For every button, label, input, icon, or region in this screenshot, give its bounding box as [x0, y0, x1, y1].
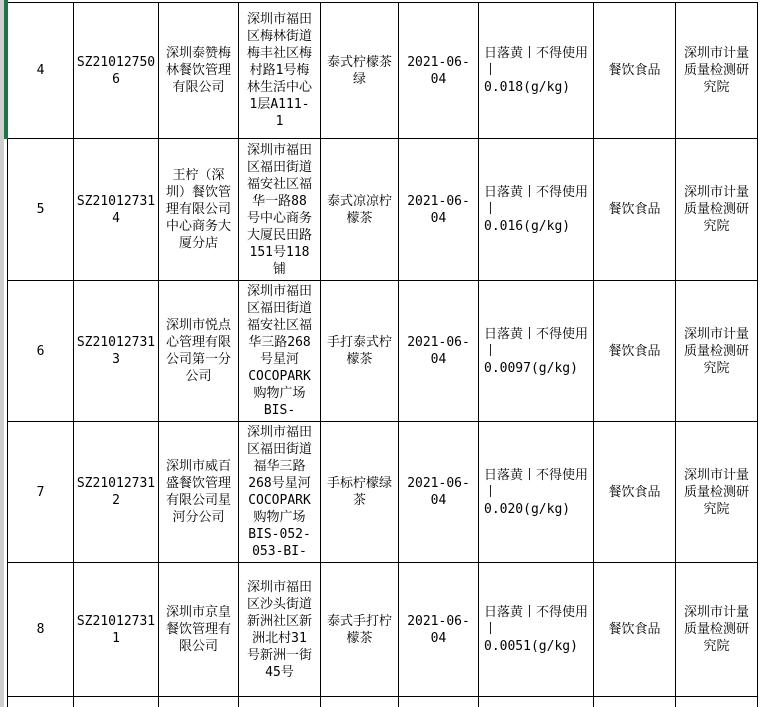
cell-date[interactable]: 2021-06-04	[399, 563, 479, 697]
cell-row-number-text: 7	[12, 484, 69, 501]
cell-sample-name-text: 手打泰式柠檬茶	[326, 334, 393, 368]
cell-report-id-text: SZ210127506	[76, 54, 156, 88]
cell-agency[interactable]: 深圳市计量质量检测研究院	[676, 563, 758, 697]
cell-report-id[interactable]: SZ210127312	[74, 422, 159, 563]
cell-violation-text: 日落黄丨不得使用丨 0.0051(g/kg)	[484, 604, 588, 655]
cell-category[interactable]: 餐饮食品	[594, 281, 676, 422]
cell-agency-text: 深圳市计量质量检测研究院	[682, 604, 751, 655]
cell-sample-name[interactable]: 手标柠檬绿茶	[321, 422, 399, 563]
cell-agency[interactable]: 深圳市计量质量检测研究院	[676, 281, 758, 422]
cell-date[interactable]: 2021-06-04	[399, 139, 479, 281]
cell-violation-text: 日落黄丨不得使用丨 0.0097(g/kg)	[484, 326, 588, 377]
cell-company-text: 深圳市悦点心管理有限公司第一分公司	[164, 317, 233, 385]
cell-sample-name-empty[interactable]	[321, 697, 399, 707]
cell-category-text: 餐饮食品	[599, 621, 670, 638]
cell-date-text: 2021-06-04	[404, 334, 473, 368]
cell-row-number[interactable]: 4	[8, 3, 74, 139]
cell-sample-name-text: 手标柠檬绿茶	[326, 475, 393, 509]
cell-address[interactable]: 深圳市福田区福田街道福华三路268号星河COCOPARK购物广场BIS-052-…	[239, 422, 321, 563]
cell-company[interactable]: 深圳泰赞梅林餐饮管理有限公司	[159, 3, 239, 139]
cell-date-text: 2021-06-04	[404, 54, 473, 88]
spreadsheet-viewport: 4SZ210127506深圳泰赞梅林餐饮管理有限公司深圳市福田区梅林街道梅丰社区…	[0, 0, 764, 707]
results-table: 4SZ210127506深圳泰赞梅林餐饮管理有限公司深圳市福田区梅林街道梅丰社区…	[7, 2, 758, 707]
cell-company[interactable]: 深圳市京皇餐饮管理有限公司	[159, 563, 239, 697]
cell-row-number[interactable]: 8	[8, 563, 74, 697]
cell-address-text: 深圳市福田区福田街道福华三路268号星河COCOPARK购物广场BIS-052-…	[246, 424, 313, 560]
cell-report-id-text: SZ210127314	[76, 193, 156, 227]
cell-report-id[interactable]: SZ210127506	[74, 3, 159, 139]
cell-report-id[interactable]: SZ210127311	[74, 563, 159, 697]
cell-company-empty[interactable]	[159, 697, 239, 707]
cell-sample-name[interactable]: 泰式凉凉柠檬茶	[321, 139, 399, 281]
table-row: 5SZ210127314王柠（深圳）餐饮管理有限公司中心商务大厦分店深圳市福田区…	[8, 139, 758, 281]
cell-category[interactable]: 餐饮食品	[594, 563, 676, 697]
cell-report-id-text: SZ210127313	[76, 334, 156, 368]
cell-sample-name-text: 泰式柠檬茶绿	[326, 54, 393, 88]
cell-company-text: 深圳市京皇餐饮管理有限公司	[164, 604, 233, 655]
cell-row-number-text: 5	[12, 201, 69, 218]
cell-date[interactable]: 2021-06-04	[399, 281, 479, 422]
cell-row-number-text: 8	[12, 621, 69, 638]
cell-sample-name[interactable]: 手打泰式柠檬茶	[321, 281, 399, 422]
cell-row-number-text: 4	[12, 62, 69, 79]
cell-row-number[interactable]: 5	[8, 139, 74, 281]
cell-date-text: 2021-06-04	[404, 193, 473, 227]
cell-address[interactable]: 深圳市福田区福田街道福安社区福华一路88号中心商务大厦民田路151号118铺	[239, 139, 321, 281]
cell-company[interactable]: 深圳市威百盛餐饮管理有限公司星河分公司	[159, 422, 239, 563]
cell-category-text: 餐饮食品	[599, 62, 670, 79]
cell-agency[interactable]: 深圳市计量质量检测研究院	[676, 3, 758, 139]
cell-category-empty[interactable]	[594, 697, 676, 707]
cell-company[interactable]: 深圳市悦点心管理有限公司第一分公司	[159, 281, 239, 422]
cell-category-text: 餐饮食品	[599, 484, 670, 501]
cell-address-text: 深圳市福田区沙头街道新洲社区新洲北村31号新洲一街45号	[246, 579, 313, 681]
cell-violation-empty[interactable]	[479, 697, 594, 707]
cell-sample-name-text: 泰式凉凉柠檬茶	[326, 193, 393, 227]
cell-violation[interactable]: 日落黄丨不得使用丨 0.0051(g/kg)	[479, 563, 594, 697]
cell-agency-text: 深圳市计量质量检测研究院	[682, 184, 751, 235]
cell-report-id[interactable]: SZ210127314	[74, 139, 159, 281]
cell-sample-name[interactable]: 泰式柠檬茶绿	[321, 3, 399, 139]
cell-agency-text: 深圳市计量质量检测研究院	[682, 467, 751, 518]
cell-sample-name[interactable]: 泰式手打柠檬茶	[321, 563, 399, 697]
cell-agency-text: 深圳市计量质量检测研究院	[682, 45, 751, 96]
cell-violation[interactable]: 日落黄丨不得使用丨 0.018(g/kg)	[479, 3, 594, 139]
cell-date[interactable]: 2021-06-04	[399, 3, 479, 139]
table-row-partial	[8, 697, 758, 707]
cell-report-id-empty[interactable]	[74, 697, 159, 707]
cell-address[interactable]: 深圳市福田区福田街道福安社区福华三路268号星河COCOPARK购物广场BIS-	[239, 281, 321, 422]
cell-company-text: 王柠（深圳）餐饮管理有限公司中心商务大厦分店	[164, 167, 233, 252]
cell-violation[interactable]: 日落黄丨不得使用丨 0.016(g/kg)	[479, 139, 594, 281]
table-row: 4SZ210127506深圳泰赞梅林餐饮管理有限公司深圳市福田区梅林街道梅丰社区…	[8, 3, 758, 139]
cell-date-text: 2021-06-04	[404, 613, 473, 647]
table-row: 8SZ210127311深圳市京皇餐饮管理有限公司深圳市福田区沙头街道新洲社区新…	[8, 563, 758, 697]
cell-category[interactable]: 餐饮食品	[594, 422, 676, 563]
cell-agency[interactable]: 深圳市计量质量检测研究院	[676, 139, 758, 281]
cell-category[interactable]: 餐饮食品	[594, 139, 676, 281]
cell-address[interactable]: 深圳市福田区沙头街道新洲社区新洲北村31号新洲一街45号	[239, 563, 321, 697]
cell-violation[interactable]: 日落黄丨不得使用丨 0.020(g/kg)	[479, 422, 594, 563]
cell-date-empty[interactable]	[399, 697, 479, 707]
cell-date[interactable]: 2021-06-04	[399, 422, 479, 563]
cell-category[interactable]: 餐饮食品	[594, 3, 676, 139]
table-row: 6SZ210127313深圳市悦点心管理有限公司第一分公司深圳市福田区福田街道福…	[8, 281, 758, 422]
cell-report-id[interactable]: SZ210127313	[74, 281, 159, 422]
cell-report-id-text: SZ210127311	[76, 613, 156, 647]
cell-agency-empty[interactable]	[676, 697, 758, 707]
cell-category-text: 餐饮食品	[599, 343, 670, 360]
cell-sample-name-text: 泰式手打柠檬茶	[326, 613, 393, 647]
cell-agency-text: 深圳市计量质量检测研究院	[682, 326, 751, 377]
cell-address[interactable]: 深圳市福田区梅林街道梅丰社区梅村路1号梅林生活中心1层A111-1	[239, 3, 321, 139]
cell-row-number-text: 6	[12, 343, 69, 360]
cell-violation-text: 日落黄丨不得使用丨 0.016(g/kg)	[484, 184, 588, 235]
cell-row-number[interactable]: 7	[8, 422, 74, 563]
cell-company[interactable]: 王柠（深圳）餐饮管理有限公司中心商务大厦分店	[159, 139, 239, 281]
table-row: 7SZ210127312深圳市威百盛餐饮管理有限公司星河分公司深圳市福田区福田街…	[8, 422, 758, 563]
cell-violation[interactable]: 日落黄丨不得使用丨 0.0097(g/kg)	[479, 281, 594, 422]
cell-address-empty[interactable]	[239, 697, 321, 707]
selected-row-indicator	[4, 0, 8, 139]
cell-row-number-empty[interactable]	[8, 697, 74, 707]
cell-address-text: 深圳市福田区福田街道福安社区福华三路268号星河COCOPARK购物广场BIS-	[246, 283, 313, 419]
cell-company-text: 深圳市威百盛餐饮管理有限公司星河分公司	[164, 458, 233, 526]
cell-address-text: 深圳市福田区梅林街道梅丰社区梅村路1号梅林生活中心1层A111-1	[246, 11, 313, 130]
cell-category-text: 餐饮食品	[599, 201, 670, 218]
cell-violation-text: 日落黄丨不得使用丨 0.020(g/kg)	[484, 467, 588, 518]
cell-company-text: 深圳泰赞梅林餐饮管理有限公司	[164, 45, 233, 96]
cell-date-text: 2021-06-04	[404, 475, 473, 509]
cell-agency[interactable]: 深圳市计量质量检测研究院	[676, 422, 758, 563]
cell-report-id-text: SZ210127312	[76, 475, 156, 509]
cell-violation-text: 日落黄丨不得使用丨 0.018(g/kg)	[484, 45, 588, 96]
cell-address-text: 深圳市福田区福田街道福安社区福华一路88号中心商务大厦民田路151号118铺	[246, 142, 313, 278]
cell-row-number[interactable]: 6	[8, 281, 74, 422]
